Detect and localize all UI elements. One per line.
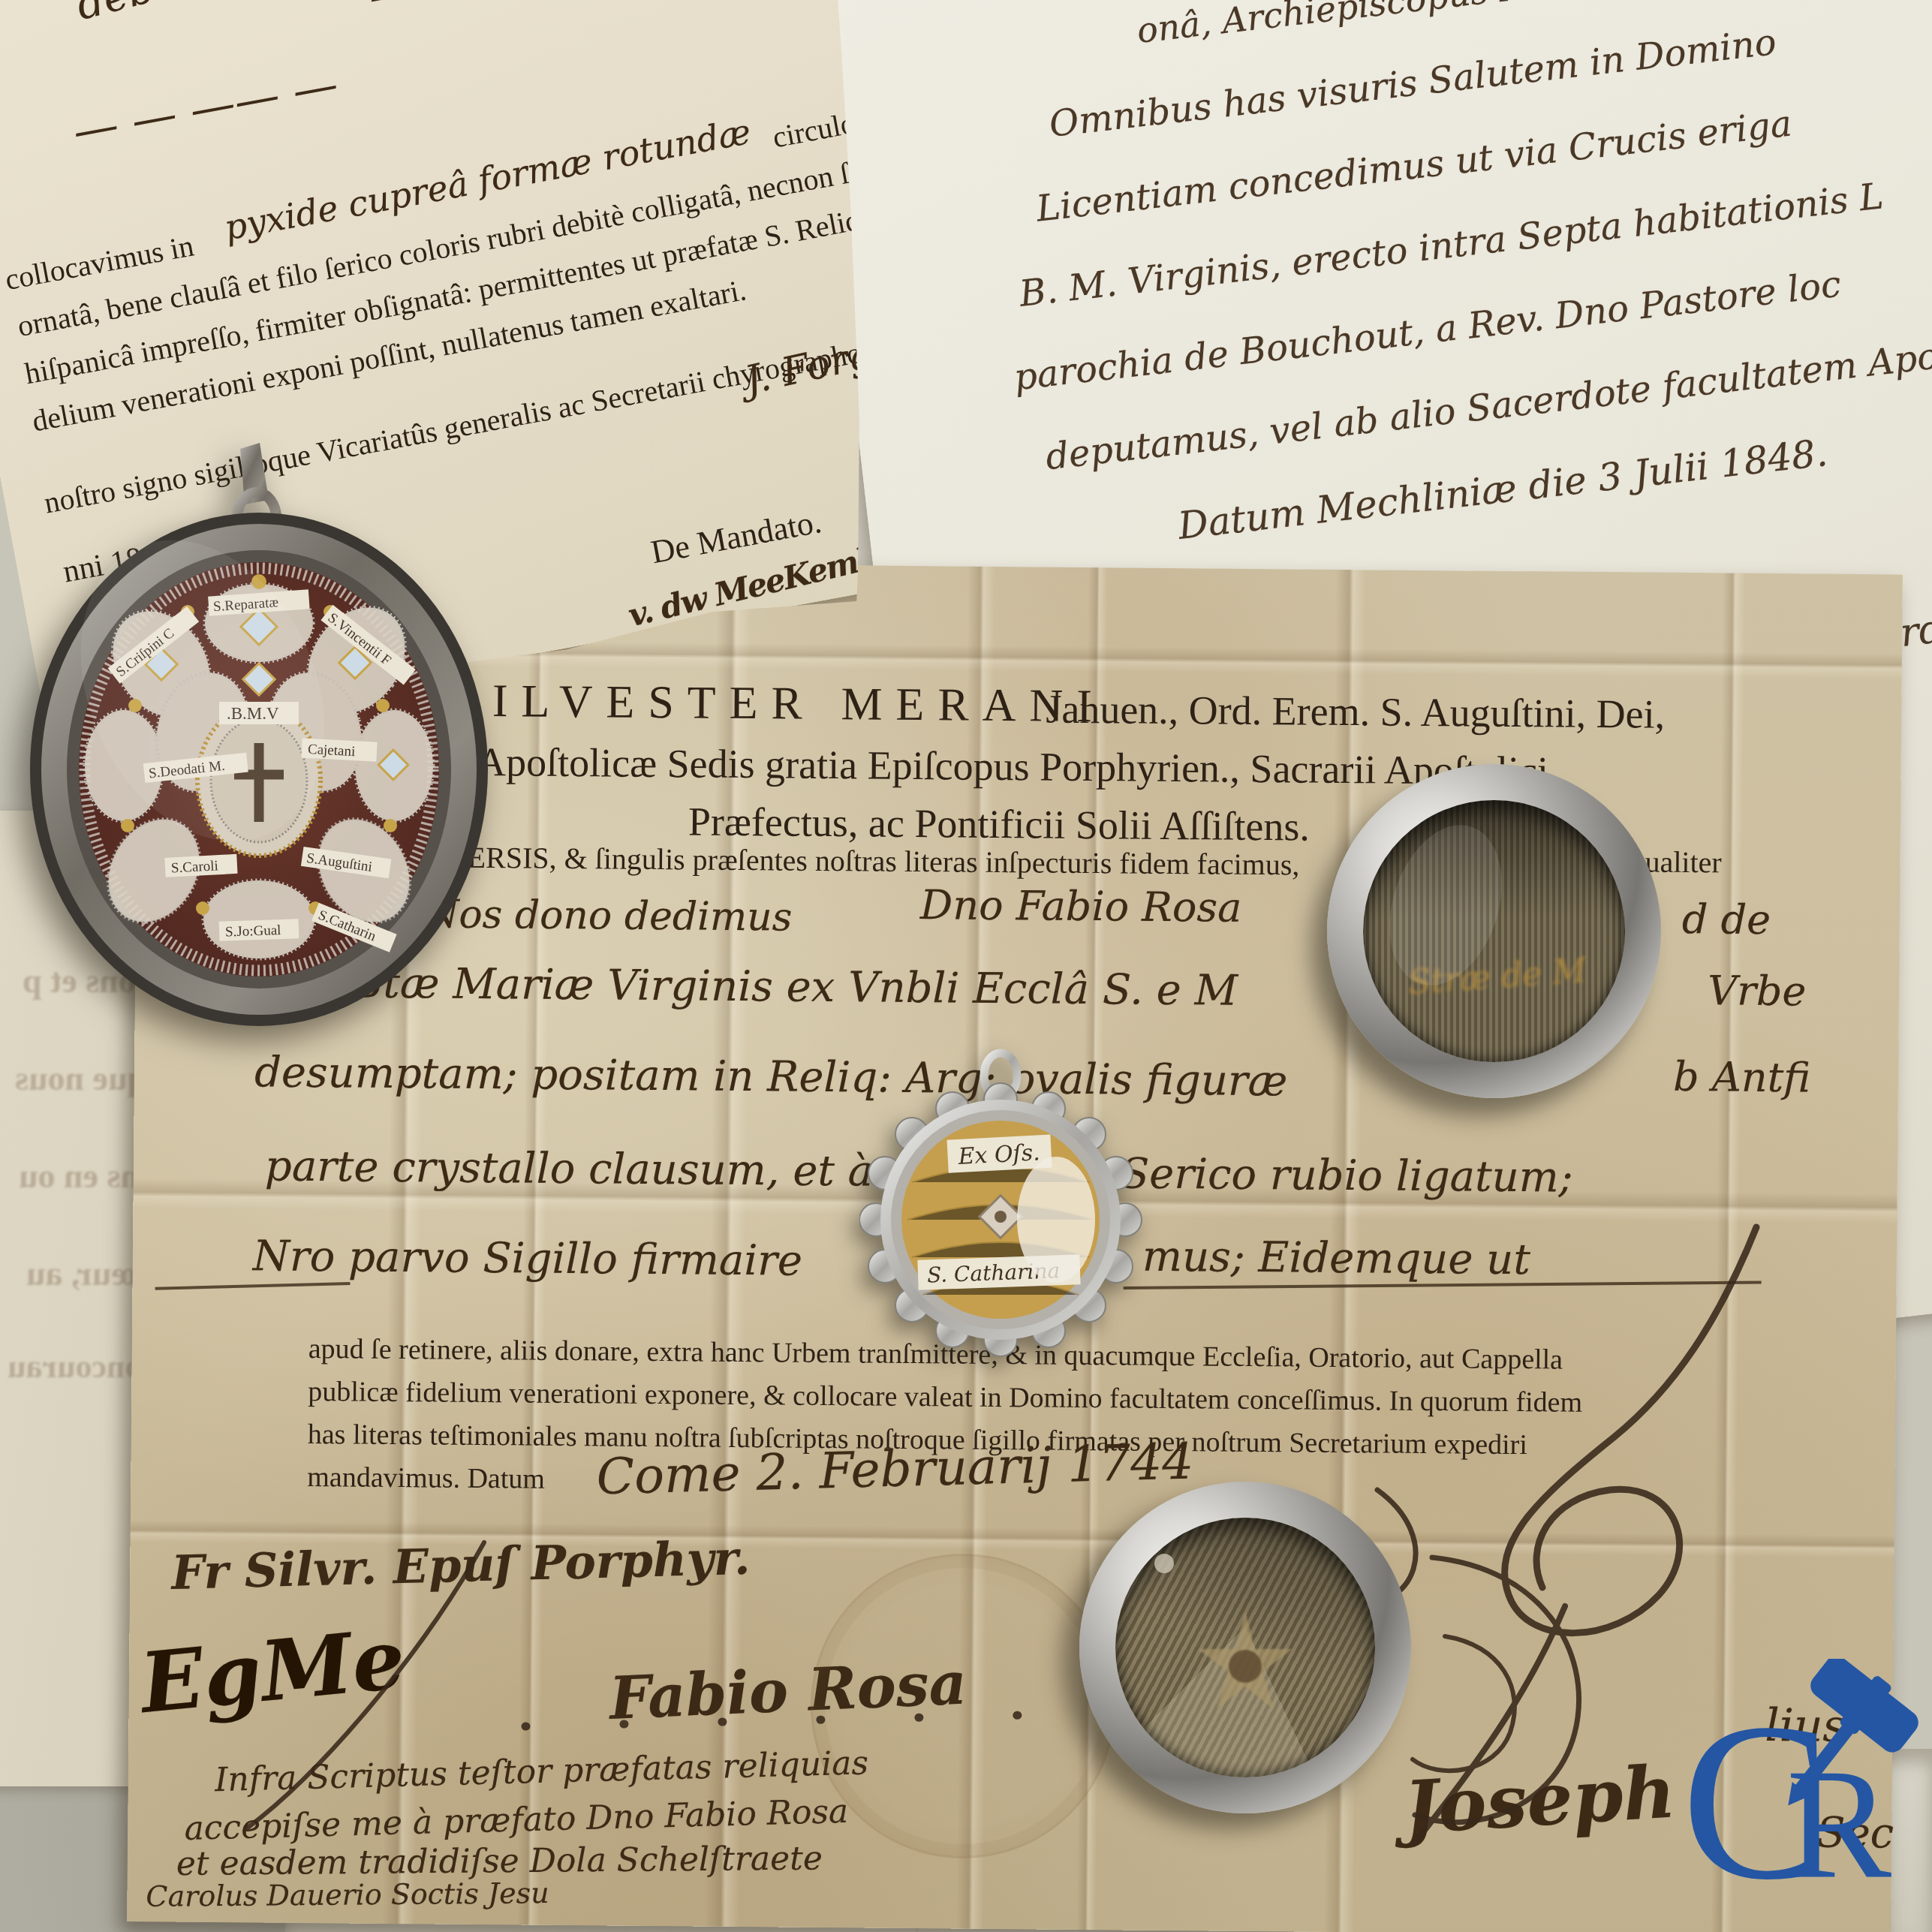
pendant-reliquary-s-catharina: Ex Oſs. S. Catharina: [859, 1047, 1152, 1370]
pearl-dot: [1154, 1554, 1174, 1573]
label-ex-oss-text: Ex Oſs.: [957, 1139, 1041, 1170]
patterned-fabric-interior: [1115, 1518, 1375, 1777]
dash-line: — — ——: [364, 0, 579, 23]
star-ornament: [1189, 1608, 1302, 1720]
glass-highlight: [1017, 1157, 1095, 1283]
relic-fragment: [995, 1211, 1007, 1223]
auction-house-logo: C R: [1674, 1659, 1932, 1899]
round-relic-box-bottom: [1079, 1482, 1411, 1813]
relic-label: S.Caroli: [170, 858, 218, 876]
gavel-icon: [1779, 1659, 1932, 1831]
relic-label: S.Jo:Gual: [225, 922, 281, 940]
round-relic-box-top: Stræ de M: [1327, 764, 1661, 1098]
photo-of-antique-relic-documents: { "palette":{ "table":"#c7c4b8","cream_p…: [0, 0, 1932, 1932]
striped-fabric-interior: Stræ de M: [1363, 800, 1625, 1062]
oval-reliquary: S.Reparatæ S.Vincentii F S.Criſpini C .B…: [15, 435, 503, 1028]
dash-line: — — —— —: [69, 58, 342, 158]
